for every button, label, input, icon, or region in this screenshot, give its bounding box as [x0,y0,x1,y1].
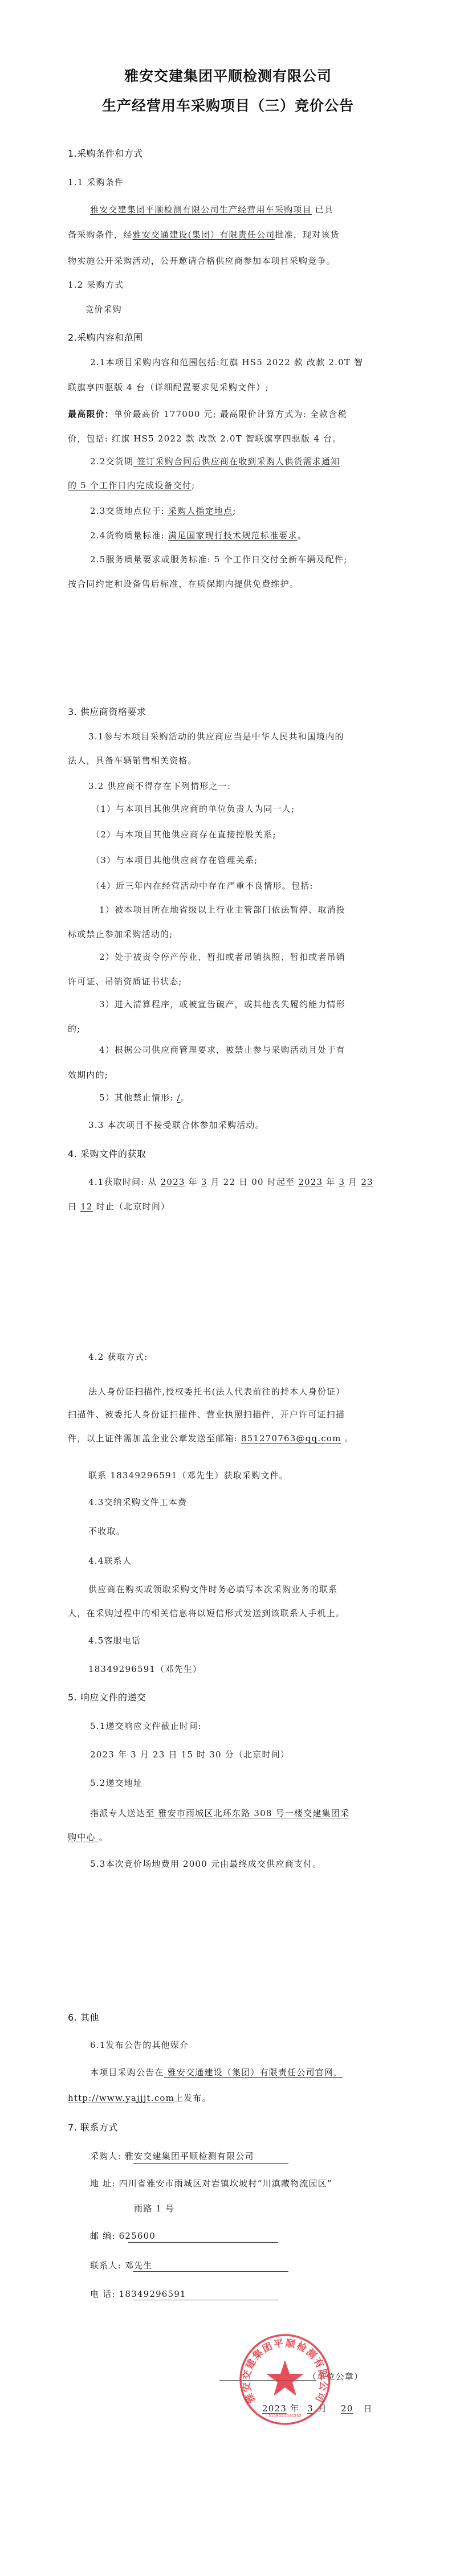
section-4-5-heading: 4.5客服电话 [88,1635,141,1646]
section-2-1-line2: 联旗享四驱版 4 台（详细配置要求见采购文件）; [68,382,269,393]
phone-underline [133,2300,278,2300]
section-1-1-para-line3: 物实施公开采购活动，公开邀请合格供应商参加本项目采购竞争。 [68,255,336,267]
section-1-1-para-line2: 备采购条件，经雅安交通建设(集团）有限责任公司批准，现对该货 [68,229,340,240]
website-link[interactable]: http://www.yajjjt.com [68,2093,174,2103]
section-1-2-heading: 1.2 采购方式 [68,279,124,291]
section-1-1-heading: 1.1 采购条件 [68,177,124,188]
section-5-2-heading: 5.2递交地址 [90,1777,142,1789]
section-4-1-line1: 4.1获取时间: 从 2023 年 3 月 22 日 00 时起至 2023 年… [88,1176,373,1188]
sub-item-1-line1: 1）被本项目所在地省级以上行业主管部门依法暂停、取消投 [99,904,345,915]
exclusion-item: （3）与本项目其他供应商存在管理关系; [91,854,258,866]
section-4-2-line2: 扫描件、被委托人身份证扫描件、营业执照扫描件，开户许可证扫描 [68,1409,345,1420]
svg-text:5118020004232: 5118020004232 [268,2414,302,2418]
section-2-3: 2.3交货地点位于: 采购人指定地点; [90,505,237,517]
address-row: 地 址: 四川省雅安市雨城区对岩镇坎坡村“川滇藏物流园区” [90,2178,332,2189]
postcode-row: 邮 编: 625600 [90,2230,156,2242]
purchaser-value: 雅安交建集团平顺检测有限公司 [125,2151,254,2161]
max-price-line1: 最高限价：单价最高价 177000 元; 最高限价计算方式为: 全款含税 [68,408,347,420]
postcode-underline [128,2242,278,2243]
section-6-1-heading: 6.1发布公告的其他媒介 [90,2039,189,2051]
sub-item-2-line2: 许可证、吊销资质证书状态; [68,976,182,987]
document-title-line2: 生产经营用车采购项目（三）竞价公告 [0,96,456,116]
section-3-3: 3.3 本次项目不接受联合体参加采购活动。 [88,1119,264,1131]
company-seal-icon: 雅安交建集团平顺检测有限公司 5118020004232 [238,2333,332,2426]
section-4-4-heading: 4.4联系人 [88,1555,132,1567]
section-4-3-value: 不收取。 [88,1526,125,1537]
section-5-2-line1: 指派专人送达至 雅安市雨城区北环东路 308 号一楼交建集团采 [90,1808,349,1819]
exclusion-item: （4）近三年内在经营活动中存在严重不良情形。包括: [91,880,313,892]
section-1-heading: 1.采购条件和方式 [68,148,143,160]
section-5-heading: 5. 响应文件的递交 [68,1692,146,1703]
max-price-line2: 价，包括: 红旗 HS5 2022 款 改款 2.0T 智联旗享四驱版 4 台。 [68,433,341,444]
section-4-2-contact: 联系 18349296591（邓先生）获取采购文件。 [88,1470,288,1481]
approver-name: 雅安交通建设(集团）有限责任公司 [132,230,275,240]
project-name: 雅安交建集团平顺检测有限公司生产经营用车采购项目 [90,205,312,215]
section-4-2-line1: 法人身份证扫描件,授权委托书(法人代表前往的持本人身份证） [88,1386,345,1397]
section-6-1-line1: 本项目采购公告在 雅安交通建设（集团）有限责任公司官网， [90,2067,343,2078]
exclusion-item: （2）与本项目其他供应商存在直接控股关系; [91,829,276,840]
sub-item-2-line1: 2）处于被责令停产停业、暂扣或者吊销执照、暂扣或者吊销 [99,951,345,963]
section-4-5-value: 18349296591（邓先生） [88,1663,202,1675]
section-6-heading: 6. 其他 [68,2012,99,2023]
section-3-heading: 3. 供应商资格要求 [68,706,146,718]
section-4-4-line1: 供应商在购买或领取采购文件时务必填写本次采购业务的联系 [88,1584,337,1595]
contact-underline [133,2271,288,2272]
phone-row: 电 话: 18349296591 [90,2288,186,2300]
section-2-4: 2.4货物质量标准: 满足国家现行技术规范标准要求。 [90,530,307,541]
email-link[interactable]: 851270763@qq.com [241,1433,341,1444]
section-3-1-line1: 3.1参与本项目采购活动的供应商应当是中华人民共和国境内的 [88,731,344,742]
sub-item-4-line1: 4）根据公司供应商管理要求，被禁止参与采购活动且处于有 [99,1044,345,1056]
document-title-line1: 雅安交建集团平顺检测有限公司 [0,67,456,86]
sub-item-3-line2: 的; [68,1023,80,1035]
section-5-2-line2: 购中心 。 [68,1831,108,1843]
section-2-5-line2: 按合同约定和设备售后标准，在质保期内提供免费维护。 [68,578,299,590]
contact-row: 联系人: 邓先生 [90,2260,152,2271]
section-2-heading: 2.采购内容和范围 [68,332,143,344]
section-4-1-line2: 日 12 时止（北京时间） [68,1201,170,1212]
section-7-heading: 7. 联系方式 [68,2122,118,2133]
address-line2: 雨路 1 号 [134,2203,174,2214]
section-4-3-heading: 4.3交纳采购文件工本费 [88,1496,187,1508]
sub-item-4-line2: 效期内的; [68,1069,108,1081]
purchaser-row: 采购人: 雅安交建集团平顺检测有限公司 [90,2150,254,2162]
sub-item-1-line2: 标或禁止参加采购活动的; [68,929,173,940]
section-5-1-heading: 5.1递交响应文件截止时间: [90,1720,202,1732]
section-4-2-line3: 件，以上证件需加盖企业公章发送至邮箱: 851270763@qq.com 。 [68,1433,354,1444]
section-2-1-line1: 2.1本项目采购内容和范围包括:红旗 HS5 2022 款 改款 2.0T 智 [90,357,363,368]
purchaser-underline [133,2163,288,2164]
section-4-2-heading: 4.2 获取方式: [88,1351,148,1363]
section-3-2: 3.2 供应商不得存在下列情形之一: [88,780,231,792]
section-5-3: 5.3本次竞价场地费用 2000 元由最终成交供应商支付。 [90,1858,321,1870]
section-2-2-line2: 的 5 个工作日内完成设备交付; [68,480,195,491]
section-1-1-para-line1: 雅安交建集团平顺检测有限公司生产经营用车采购项目 已具 [90,204,333,215]
section-2-5-line1: 2.5服务质量要求或服务标准: 5 个工作日交付全新车辆及配件; [90,554,347,565]
sub-item-3-line1: 3）进入清算程序，或被宣告破产，或其他丧失履约能力情形 [99,999,345,1010]
section-4-heading: 4. 采购文件的获取 [68,1148,146,1160]
sub-item-5: 5）其他禁止情形: /。 [99,1092,190,1103]
section-3-1-line2: 法人，具备车辆销售相关资格。 [68,755,197,766]
section-4-4-line2: 人，在采购过程中的相关信息将以短信形式发送到该联系人手机上。 [68,1608,345,1619]
section-5-1-value: 2023 年 3 月 23 日 15 时 30 分（北京时间） [90,1749,290,1760]
section-2-2-line1: 2.2交货期 签订采购合同后供应商在收到采购人供货需求通知 [90,456,340,467]
procurement-method: 竞价采购 [85,304,122,315]
exclusion-item: （1）与本项目其他供应商的单位负责人为同一人; [91,803,295,815]
max-price-label: 最高限价： [68,409,114,419]
section-6-1-line2: http://www.yajjjt.com上发布。 [68,2092,211,2104]
